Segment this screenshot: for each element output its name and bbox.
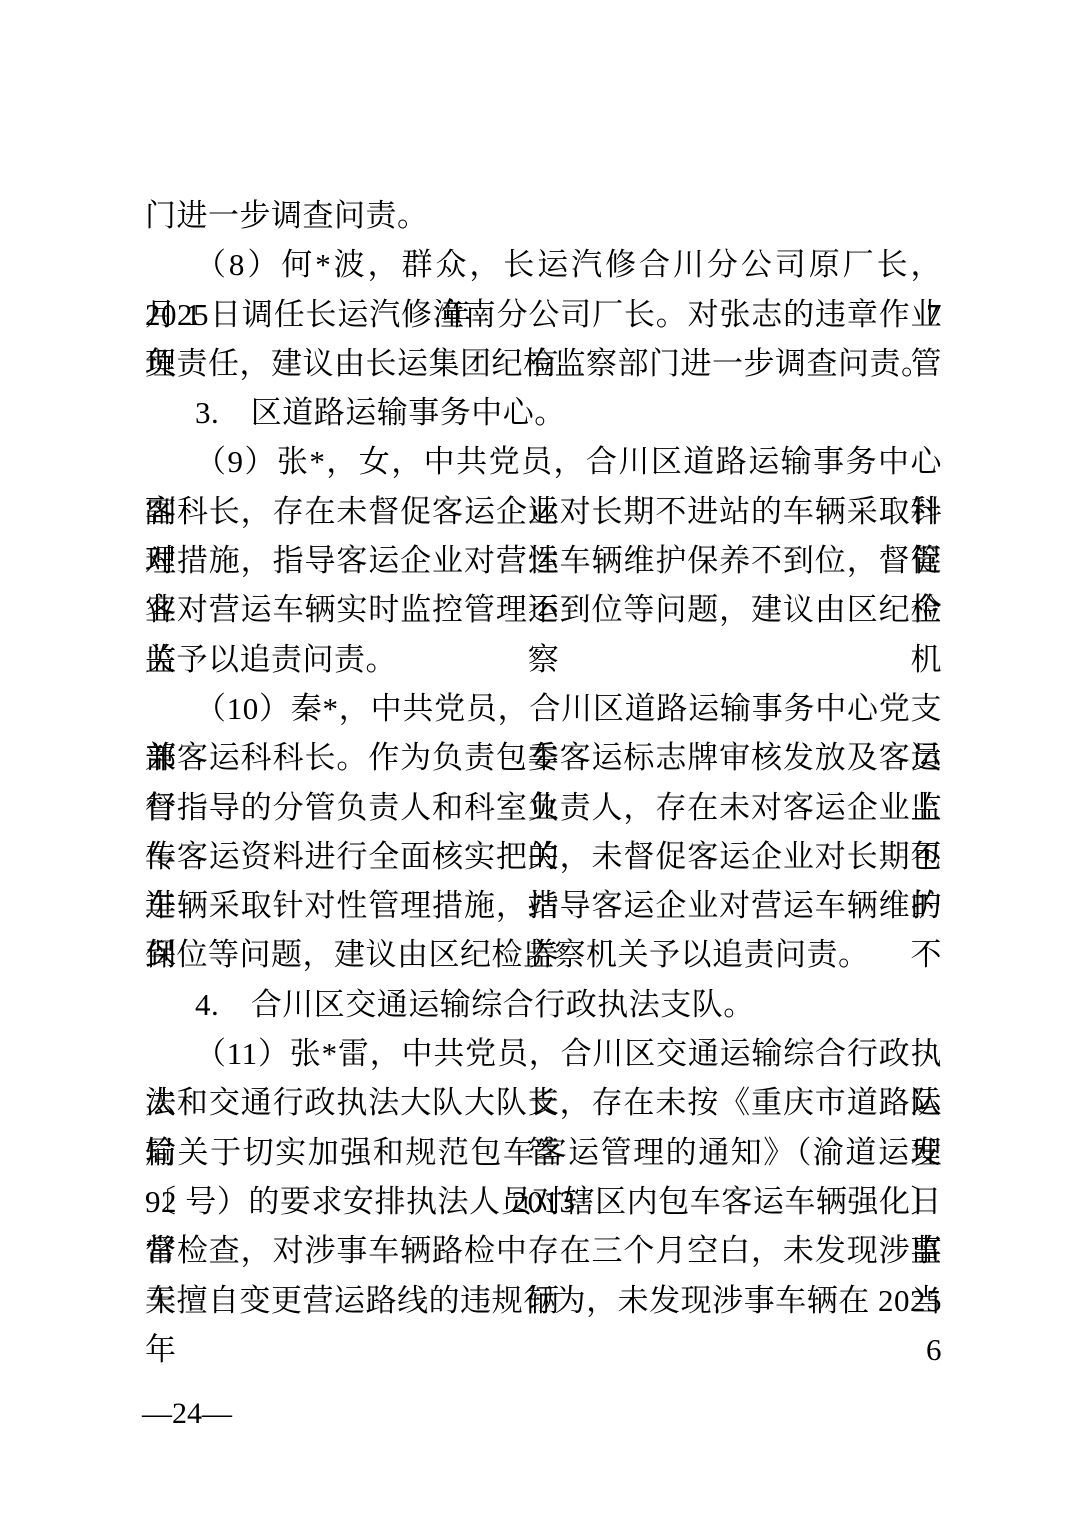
text-line: 天擅自变更营运路线的违规行为，未发现涉事车辆在 2025 年 6 [145,1276,942,1325]
text-line: 门进一步调查问责。 [145,191,942,240]
text-line: 4. 合川区交通运输综合行政执法支队。 [145,980,942,1029]
text-line: 太和交通行政执法大队大队长，存在未按《重庆市道路运输管理 [145,1078,942,1127]
document-body: 门进一步调查问责。（8）何*波，群众，长运汽修合川分公司原厂长，2025 年 7… [145,191,942,1325]
page-number: —24— [142,1398,232,1430]
text-line: 到位等问题，建议由区纪检监察机关予以追责问责。 [145,930,942,979]
text-line: （11）张*雷，中共党员，合川区交通运输综合行政执法支队 [145,1029,942,1078]
text-line: 局关于切实加强和规范包车客运管理的通知》（渝道运发〔2013〕 [145,1128,942,1177]
text-line: 理措施，指导客运企业对营运车辆维护保养不到位，督促客运企 [145,536,942,585]
text-line: （8）何*波，群众，长运汽修合川分公司原厂长，2025 年 7 [145,240,942,289]
text-line: 业对营运车辆实时监控管理不到位等问题，建议由区纪检监察机 [145,585,942,634]
text-line: 理责任，建议由长运集团纪检监察部门进一步调查问责。 [145,339,942,388]
text-line: 车客运资料进行全面核实把关，未督促客运企业对长期不进站的 [145,832,942,881]
text-line: 兼客运科科长。作为负责包车客运标志牌审核发放及客运行业监 [145,733,942,782]
document-page: 门进一步调查问责。（8）何*波，群众，长运汽修合川分公司原厂长，2025 年 7… [0,0,1074,1520]
text-line: （10）秦*，中共党员，合川区道路运输事务中心党支部委员 [145,684,942,733]
text-line: 督指导的分管负责人和科室负责人，存在未对客运企业上传的包 [145,783,942,832]
text-line: 车辆采取针对性管理措施，指导客运企业对营运车辆维护保养不 [145,881,942,930]
text-line: （9）张*，女，中共党员，合川区道路运输事务中心客运科 [145,437,942,486]
text-line: 督检查，对涉事车辆路检中存在三个月空白，未发现涉事车辆当 [145,1226,942,1275]
text-line: 3. 区道路运输事务中心。 [145,388,942,437]
text-line: 副科长，存在未督促客运企业对长期不进站的车辆采取针对性管 [145,487,942,536]
text-line: 92 号）的要求安排执法人员对辖区内包车客运车辆强化日常监 [145,1177,942,1226]
text-line: 月 1 日调任长运汽修潼南分公司厂长。对张志的违章作业负有管 [145,290,942,339]
